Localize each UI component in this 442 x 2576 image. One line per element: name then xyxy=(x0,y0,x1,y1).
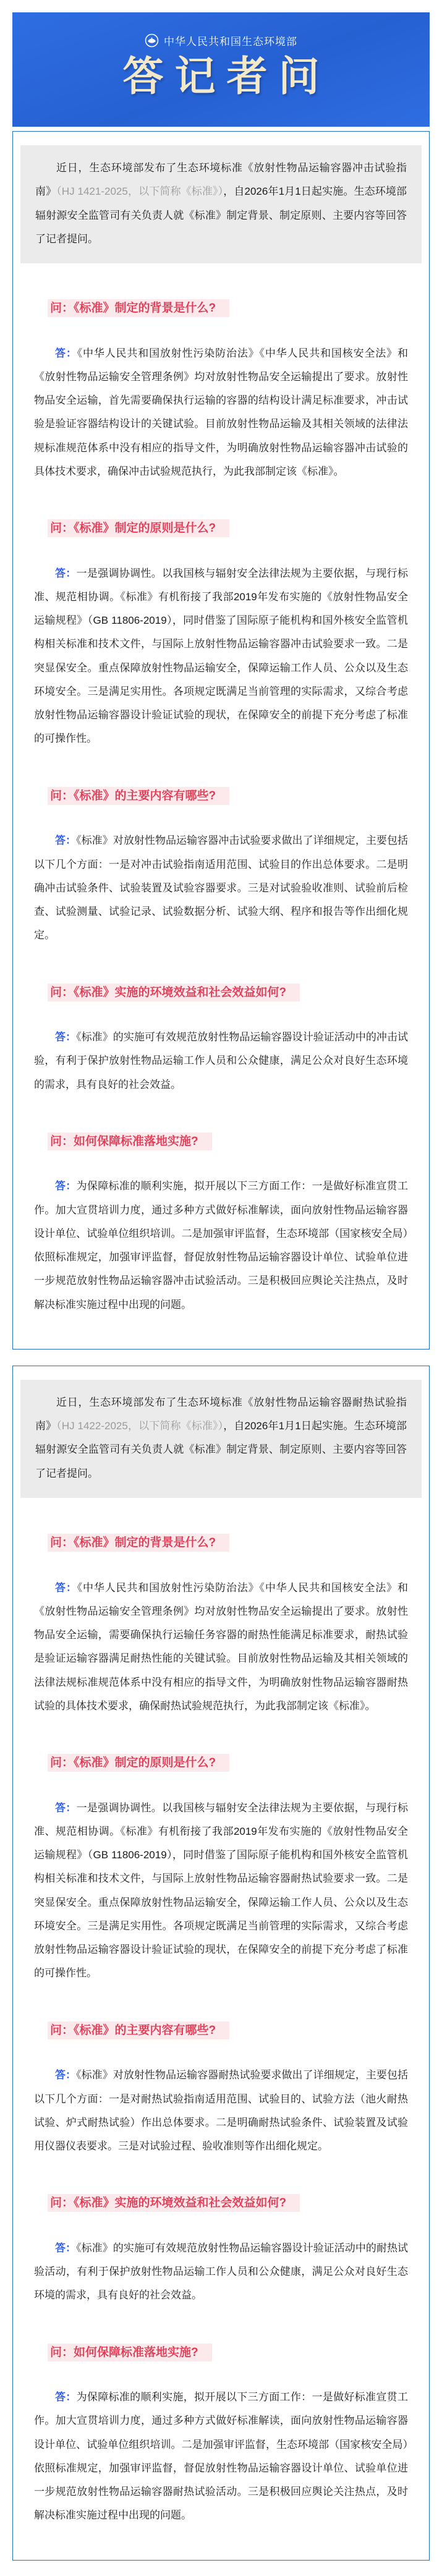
question-text: 如何保障标准落地实施? xyxy=(74,2346,198,2359)
question-heading: 问：《标准》实施的环境效益和社会效益如何? xyxy=(48,985,408,1001)
answer-text: 为保障标准的顺利实施，拟开展以下三方面工作：一是做好标准宣贯工作。加大宣贯培训力… xyxy=(34,1180,408,1310)
question-label: 问： xyxy=(50,302,74,315)
question-highlight: 问：《标准》的主要内容有哪些? xyxy=(48,2021,229,2039)
question-text: 《标准》制定的原则是什么? xyxy=(74,522,216,535)
question-text: 《标准》的主要内容有哪些? xyxy=(74,2024,216,2037)
question-heading: 问：《标准》制定的背景是什么? xyxy=(48,1535,408,1552)
answer-paragraph: 答：《标准》的实施可有效规范放射性物品运输容器设计验证活动中的耐热试验活动，有利… xyxy=(34,2237,408,2308)
question-text: 《标准》制定的原则是什么? xyxy=(74,1756,216,1769)
answer-text: 一是强调协调性。以我国核与辐射安全法律法规为主要依据，与现行标准、规范相协调。《… xyxy=(34,1802,408,1979)
page-title: 答记者问 xyxy=(12,53,430,100)
answer-text: 《中华人民共和国放射性污染防治法》《中华人民共和国核安全法》和《放射性物品运输安… xyxy=(34,347,408,477)
question-heading: 问：如何保障标准落地实施? xyxy=(48,2345,408,2361)
answer-text: 《标准》的实施可有效规范放射性物品运输容器设计验证活动中的耐热试验活动，有利于保… xyxy=(34,2242,408,2302)
ministry-name: 中华人民共和国生态环境部 xyxy=(164,33,297,48)
answer-paragraph: 答：《标准》的实施可有效规范放射性物品运输容器设计验证活动中的冲击试验，有利于保… xyxy=(34,1026,408,1097)
answer-text: 为保障标准的顺利实施，拟开展以下三方面工作：一是做好标准宣贯工作。加大宣贯培训力… xyxy=(34,2391,408,2521)
question-label: 问： xyxy=(50,2346,74,2359)
answer-paragraph: 答：一是强调协调性。以我国核与辐射安全法律法规为主要依据，与现行标准、规范相协调… xyxy=(34,562,408,751)
question-heading: 问：《标准》的主要内容有哪些? xyxy=(48,2023,408,2039)
question-highlight: 问：《标准》制定的背景是什么? xyxy=(48,1534,229,1552)
question-text: 《标准》实施的环境效益和社会效益如何? xyxy=(74,2196,286,2209)
question-highlight: 问：《标准》实施的环境效益和社会效益如何? xyxy=(48,2194,300,2212)
answer-text: 一是强调协调性。以我国核与辐射安全法律法规为主要依据，与现行标准、规范相协调。《… xyxy=(34,567,408,745)
answer-label: 答： xyxy=(55,835,76,846)
page: 中华人民共和国生态环境部 答记者问 近日，生态环境部发布了生态环境标准《放射性物… xyxy=(0,0,442,2576)
answer-label: 答： xyxy=(55,1582,77,1594)
question-label: 问： xyxy=(50,2024,74,2037)
intro-paragraph: 近日，生态环境部发布了生态环境标准《放射性物品运输容器耐热试验指南》（HJ 14… xyxy=(35,1391,407,1486)
question-heading: 问：《标准》实施的环境效益和社会效益如何? xyxy=(48,2195,408,2212)
intro-box: 近日，生态环境部发布了生态环境标准《放射性物品运输容器耐热试验指南》（HJ 14… xyxy=(20,1380,422,1498)
question-highlight: 问：如何保障标准落地实施? xyxy=(48,2344,212,2361)
answer-paragraph: 答：《中华人民共和国放射性污染防治法》《中华人民共和国核安全法》和《放射性物品运… xyxy=(34,342,408,484)
question-heading: 问：《标准》制定的原则是什么? xyxy=(48,521,408,537)
answer-label: 答： xyxy=(55,347,77,359)
answer-paragraph: 答：《中华人民共和国放射性污染防治法》《中华人民共和国核安全法》和《放射性物品运… xyxy=(34,1576,408,1719)
standard-code: （HJ 1422-2025，以下简称《标准》） xyxy=(56,1420,223,1432)
answer-label: 答： xyxy=(55,1031,76,1043)
question-text: 《标准》制定的背景是什么? xyxy=(74,1536,216,1549)
question-label: 问： xyxy=(50,789,74,802)
question-highlight: 问：《标准》制定的原则是什么? xyxy=(48,519,229,537)
answer-paragraph: 答：一是强调协调性。以我国核与辐射安全法律法规为主要依据，与现行标准、规范相协调… xyxy=(34,1796,408,1986)
question-highlight: 问：《标准》的主要内容有哪些? xyxy=(48,787,229,805)
question-text: 《标准》实施的环境效益和社会效益如何? xyxy=(74,986,286,999)
answer-label: 答： xyxy=(55,2242,76,2254)
question-highlight: 问：《标准》制定的原则是什么? xyxy=(48,1754,229,1772)
answer-label: 答： xyxy=(55,2069,76,2081)
mee-emblem-icon xyxy=(145,33,159,48)
question-highlight: 问：《标准》实施的环境效益和社会效益如何? xyxy=(48,984,300,1001)
question-label: 问： xyxy=(50,2196,74,2209)
answer-label: 答： xyxy=(55,567,77,579)
question-text: 《标准》制定的背景是什么? xyxy=(74,302,216,315)
answer-paragraph: 答：《标准》对放射性物品运输容器耐热试验要求做出了详细规定，主要包括以下几个方面… xyxy=(34,2064,408,2158)
standard-code: （HJ 1421-2025，以下简称《标准》） xyxy=(56,185,223,197)
question-heading: 问：《标准》制定的原则是什么? xyxy=(48,1755,408,1772)
article-card-heat-test: 近日，生态环境部发布了生态环境标准《放射性物品运输容器耐热试验指南》（HJ 14… xyxy=(12,1366,430,2561)
answer-label: 答： xyxy=(55,1802,77,1814)
answer-paragraph: 答：《标准》对放射性物品运输容器冲击试验要求做出了详细规定，主要包括以下几个方面… xyxy=(34,829,408,947)
ministry-row: 中华人民共和国生态环境部 xyxy=(12,12,430,48)
question-label: 问： xyxy=(50,522,74,535)
header-banner: 中华人民共和国生态环境部 答记者问 xyxy=(12,12,430,127)
question-text: 《标准》的主要内容有哪些? xyxy=(74,789,216,802)
question-heading: 问：《标准》的主要内容有哪些? xyxy=(48,788,408,805)
question-highlight: 问：如何保障标准落地实施? xyxy=(48,1133,212,1150)
question-label: 问： xyxy=(50,986,74,999)
answer-paragraph: 答：为保障标准的顺利实施，拟开展以下三方面工作：一是做好标准宣贯工作。加大宣贯培… xyxy=(34,2386,408,2528)
answer-text: 《标准》的实施可有效规范放射性物品运输容器设计验证活动中的冲击试验，有利于保护放… xyxy=(34,1031,408,1090)
intro-box: 近日，生态环境部发布了生态环境标准《放射性物品运输容器冲击试验指南》（HJ 14… xyxy=(20,145,422,263)
question-text: 如何保障标准落地实施? xyxy=(74,1135,198,1148)
question-heading: 问：《标准》制定的背景是什么? xyxy=(48,300,408,317)
answer-text: 《中华人民共和国放射性污染防治法》《中华人民共和国核安全法》和《放射性物品运输安… xyxy=(34,1582,408,1712)
intro-paragraph: 近日，生态环境部发布了生态环境标准《放射性物品运输容器冲击试验指南》（HJ 14… xyxy=(35,156,407,251)
question-label: 问： xyxy=(50,1756,74,1769)
question-highlight: 问：《标准》制定的背景是什么? xyxy=(48,299,229,317)
qa-list: 问：《标准》制定的背景是什么? 答：《中华人民共和国放射性污染防治法》《中华人民… xyxy=(13,1535,429,2528)
article-card-impact-test: 近日，生态环境部发布了生态环境标准《放射性物品运输容器冲击试验指南》（HJ 14… xyxy=(12,131,430,1350)
answer-label: 答： xyxy=(55,2391,77,2403)
qa-list: 问：《标准》制定的背景是什么? 答：《中华人民共和国放射性污染防治法》《中华人民… xyxy=(13,300,429,1317)
question-label: 问： xyxy=(50,1135,74,1148)
answer-text: 《标准》对放射性物品运输容器冲击试验要求做出了详细规定，主要包括以下几个方面：一… xyxy=(34,835,408,941)
answer-paragraph: 答：为保障标准的顺利实施，拟开展以下三方面工作：一是做好标准宣贯工作。加大宣贯培… xyxy=(34,1175,408,1317)
question-label: 问： xyxy=(50,1536,74,1549)
question-heading: 问：如何保障标准落地实施? xyxy=(48,1134,408,1150)
answer-label: 答： xyxy=(55,1180,77,1192)
answer-text: 《标准》对放射性物品运输容器耐热试验要求做出了详细规定，主要包括以下几个方面：一… xyxy=(34,2069,408,2152)
